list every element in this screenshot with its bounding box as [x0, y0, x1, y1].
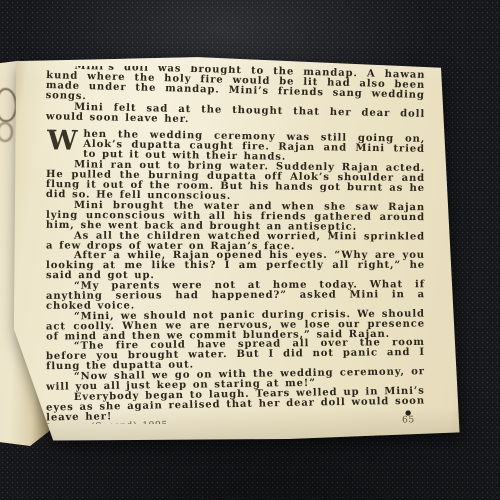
story-paragraph: Mini ran out to bring water. Suddenly Ra…	[46, 160, 425, 204]
page-surface: Mini’s doll was brought to the mandap. A…	[8, 56, 460, 446]
story-paragraph: As all the children watched worried, Min…	[46, 231, 425, 252]
footer-page-number: 65	[402, 416, 415, 424]
photographed-book-page: { "colors": { "fabric_background": "#161…	[0, 0, 500, 500]
book-page: Mini’s doll was brought to the mandap. A…	[8, 56, 460, 446]
story-paragraph: Mini brought the water and when she saw …	[46, 201, 425, 233]
story-paragraph: After a while, Rajan opened his eyes. “W…	[46, 251, 425, 281]
drop-cap-letter: W	[46, 130, 83, 153]
story-text-column: Mini’s doll was brought to the mandap. A…	[46, 66, 425, 424]
scene: Mini’s doll was brought to the mandap. A…	[0, 0, 500, 500]
story-paragraph: “My parents were not at home today. What…	[46, 280, 425, 311]
story-paragraph-text: hen the wedding ceremony was still going…	[83, 129, 425, 163]
